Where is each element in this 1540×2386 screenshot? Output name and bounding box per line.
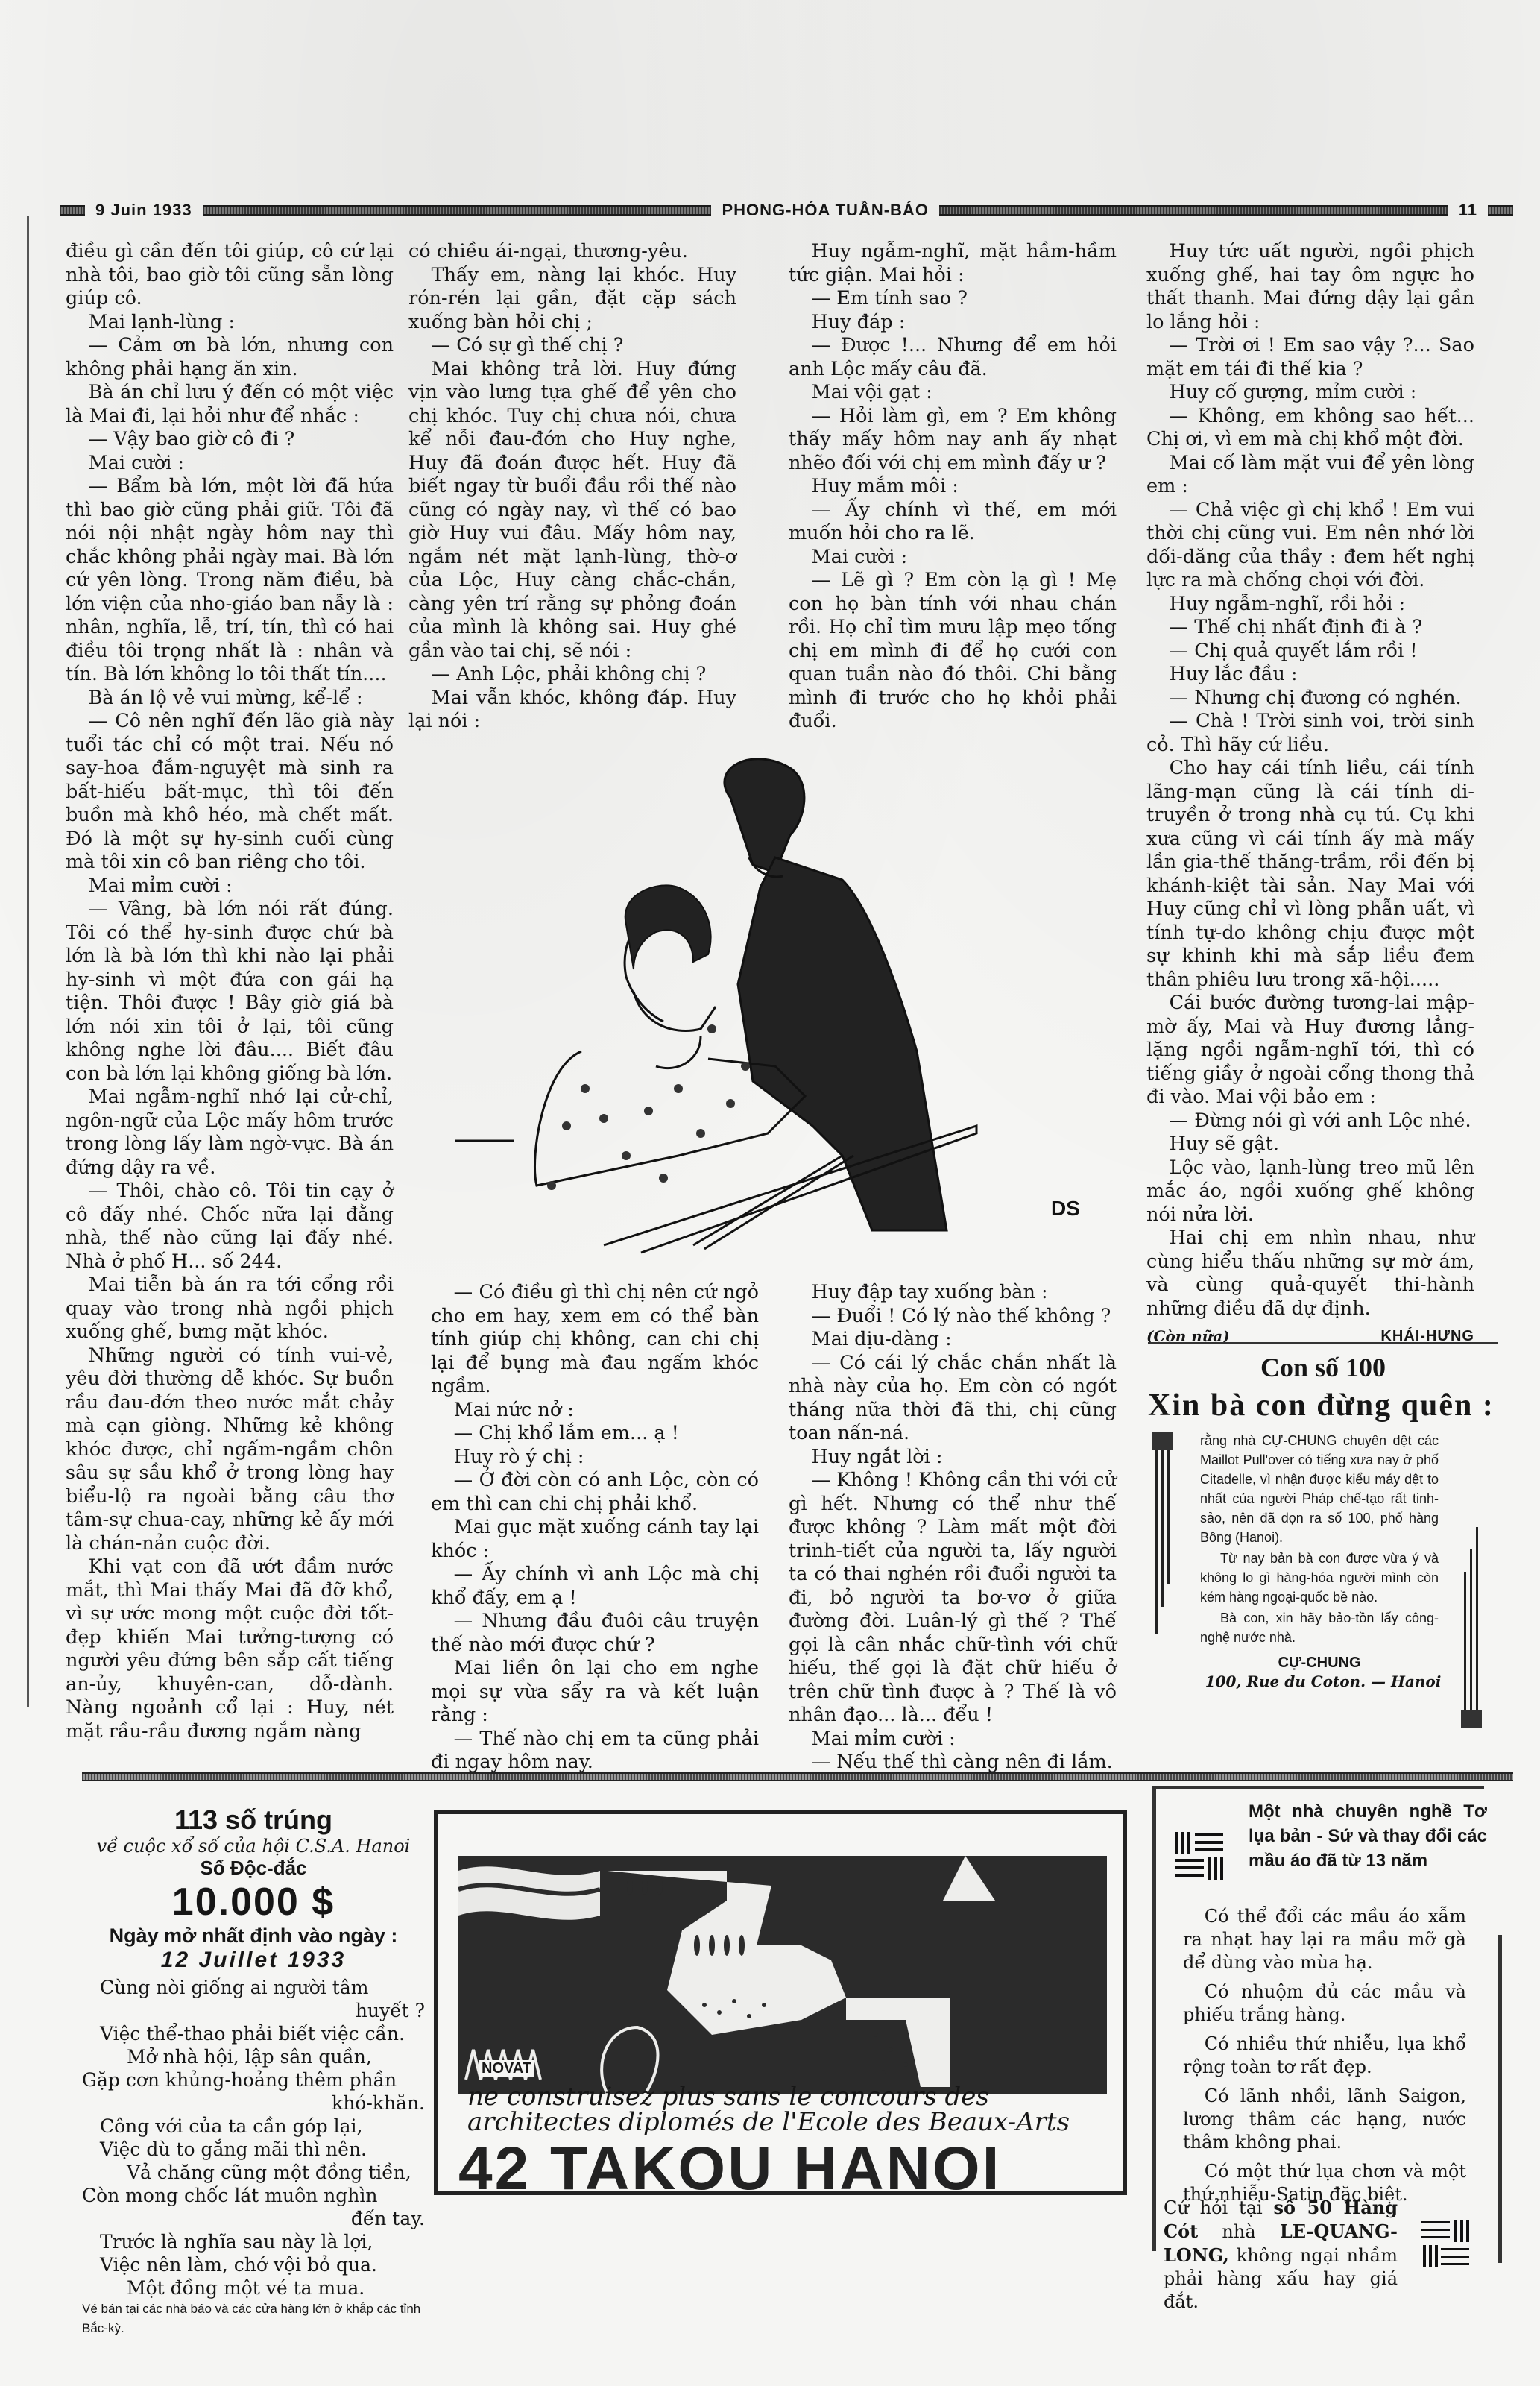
story-paragraph: Mai ngẫm-nghĩ nhớ lại cử-chỉ, ngôn-ngữ c… — [66, 1086, 394, 1180]
story-paragraph: — Bẩm bà lớn, một lời đã hứa thì bao giờ… — [66, 475, 394, 687]
story-paragraph: — Đừng nói gì với anh Lộc nhé. — [1146, 1109, 1474, 1133]
page-number: 11 — [1459, 201, 1477, 220]
poem-line: Trước là nghĩa sau này là lợi, — [82, 2230, 425, 2253]
story-paragraph: Bà án chỉ lưu ý đến có một việc là Mai đ… — [66, 381, 394, 428]
story-paragraph: — Thôi, chào cô. Tôi tin cạy ở cô đấy nh… — [66, 1180, 394, 1274]
story-paragraph: — Không ! Không cần thi với cử gì hết. N… — [789, 1469, 1117, 1728]
issue-date: 9 Juin 1933 — [95, 201, 192, 220]
publication-title: PHONG-HÓA TUẦN-BÁO — [722, 201, 929, 220]
poem-line: Cùng nòi giống ai người tâm — [82, 1976, 425, 1999]
ad-paragraph: rằng nhà CỰ-CHUNG chuyên dệt các Maillot… — [1200, 1431, 1439, 1547]
poem-line: Việc dù to gắng mãi thì nên. — [82, 2138, 425, 2161]
story-paragraph: — Vậy bao giờ cô đi ? — [66, 428, 394, 452]
ad-paragraph: Có thể đổi các mầu áo xẫm ra nhạt hay lạ… — [1183, 1905, 1466, 1974]
silk-cta: Cứ hỏi tại số 50 Hàng Cót nhà LE-QUANG-L… — [1164, 2196, 1398, 2314]
story-paragraph: Mai gục mặt xuống cánh tay lại khóc : — [431, 1516, 759, 1563]
story-column-4: Huy tức uất người, ngồi phịch xuống ghế,… — [1146, 240, 1474, 1349]
story-paragraph: — Chà ! Trời sinh voi, trời sinh cỏ. Thì… — [1146, 710, 1474, 757]
silk-body: Có thể đổi các mầu áo xẫm ra nhạt hay lạ… — [1183, 1905, 1466, 2212]
story-paragraph: Mai cố làm mặt vui để yên lòng em : — [1146, 452, 1474, 499]
story-paragraph: — Lẽ gì ? Em còn lạ gì ! Mẹ con họ bàn t… — [789, 569, 1117, 734]
silk-logo-icon — [1420, 2218, 1472, 2270]
story-paragraph: Huy đập tay xuống bàn : — [789, 1281, 1117, 1305]
poem-line: Công với của ta cần góp lại, — [82, 2115, 425, 2138]
story-paragraph: — Em tính sao ? — [789, 287, 1117, 311]
ad-cu-chung-subhead: Xin bà con đừng quên : — [1148, 1388, 1498, 1423]
story-paragraph: Mai không trả lời. Huy đứng vịn vào lưng… — [408, 358, 736, 664]
lottery-title: 113 số trúng — [82, 1804, 425, 1836]
ad-cu-chung-headline: Con số 100 — [1148, 1352, 1498, 1383]
poem-line: Vả chăng cũng một đồng tiền, — [82, 2161, 425, 2184]
story-paragraph: Huy lắc đầu : — [1146, 663, 1474, 687]
silk-headline: Một nhà chuyên nghề Tơ lụa bản - Sứ và t… — [1249, 1799, 1487, 1873]
story-column-3-top: Huy ngẫm-nghĩ, mặt hầm-hầm tức giận. Mai… — [789, 240, 1117, 734]
cta-text: Cứ hỏi tại — [1164, 2197, 1274, 2218]
story-paragraph: Huy ngẫm-nghĩ, mặt hầm-hầm tức giận. Mai… — [789, 240, 1117, 287]
lottery-footnote: Vé bán tại các nhà báo và các cửa hàng l… — [82, 2300, 425, 2338]
poem-line: Việc nên làm, chớ vội bỏ qua. — [82, 2253, 425, 2276]
story-column-2-bottom: — Có điều gì thì chị nên cứ ngỏ cho em h… — [431, 1281, 759, 1775]
story-paragraph: — Nhưng đầu đuôi câu truyện thế nào mới … — [431, 1610, 759, 1657]
story-paragraph: có chiều ái-ngại, thương-yêu. — [408, 240, 736, 264]
ad-silk: Một nhà chuyên nghề Tơ lụa bản - Sứ và t… — [1152, 1786, 1502, 2278]
story-paragraph: Khi vạt con đã ướt đầm nước mắt, thì Mai… — [66, 1555, 394, 1743]
story-paragraph: — Không, em không sao hết... Chị ơi, vì … — [1146, 405, 1474, 452]
story-paragraph: Thấy em, nàng lại khóc. Huy rón-rén lại … — [408, 264, 736, 335]
poem-line: Gặp cơn khủng-hoảng thêm phần — [82, 2068, 425, 2091]
ad-cu-chung-body: rằng nhà CỰ-CHUNG chuyên dệt các Maillot… — [1200, 1431, 1439, 1672]
story-paragraph: Mai mỉm cười : — [66, 875, 394, 898]
ornament-bars-icon — [1152, 1432, 1173, 1634]
story-paragraph: Mai dịu-dàng : — [789, 1328, 1117, 1352]
story-paragraph: — Có điều gì thì chị nên cứ ngỏ cho em h… — [431, 1281, 759, 1399]
artist-signature: NOVAT — [479, 2060, 534, 2077]
ornament-bars-icon — [1461, 1527, 1482, 1728]
story-paragraph: — Cô nên nghĩ đến lão già này tuổi tác c… — [66, 710, 394, 875]
poem-line: Còn mong chốc lát muôn nghìn — [82, 2184, 425, 2207]
story-paragraph: — Chả việc gì chị khổ ! Em vui thời chị … — [1146, 499, 1474, 593]
section-divider — [82, 1772, 1513, 1781]
page-header: 9 Juin 1933 PHONG-HÓA TUẦN-BÁO 11 — [60, 200, 1513, 221]
story-paragraph: — Ấy chính vì thế, em mới muốn hỏi cho r… — [789, 499, 1117, 546]
poem-line: đến tay. — [82, 2207, 425, 2230]
story-paragraph: — Nếu thế thì càng nên đi lắm. — [789, 1751, 1117, 1775]
woodcut-landscape-illustration — [458, 1841, 1107, 2109]
illustration-signature: DS — [1051, 1197, 1080, 1220]
tagline-line-2: architectes diplomés de l'Ecole des Beau… — [467, 2109, 1101, 2135]
story-paragraph: — Cảm ơn bà lớn, nhưng con không phải hạ… — [66, 334, 394, 381]
story-paragraph: — Có cái lý chắc chắn nhất là nhà này củ… — [789, 1352, 1117, 1446]
story-paragraph: Mai tiễn bà án ra tới cổng rồi quay vào … — [66, 1274, 394, 1344]
story-paragraph: Những người có tính vui-vẻ, yêu đời thườ… — [66, 1344, 394, 1556]
story-paragraph: Huy tức uất người, ngồi phịch xuống ghế,… — [1146, 240, 1474, 334]
ad-cu-chung: Con số 100 Xin bà con đừng quên : rằng n… — [1148, 1342, 1498, 1690]
story-paragraph: Mai vẫn khóc, không đáp. Huy lại nói : — [408, 687, 736, 734]
ad-paragraph: Có nhiều thứ nhiễu, lụa khổ rộng toàn tơ… — [1183, 2033, 1466, 2079]
architect-address: 42 TAKOU HANOI — [458, 2139, 1107, 2199]
story-paragraph: Huy ngẫm-nghĩ, rồi hỏi : — [1146, 593, 1474, 617]
story-paragraph: Huy cố gượng, mỉm cười : — [1146, 381, 1474, 405]
header-rule — [939, 205, 1448, 216]
tagline-line-1: ne construisez plus sans le concours des — [467, 2084, 1101, 2109]
story-paragraph: Mai vội gạt : — [789, 381, 1117, 405]
story-paragraph: — Đuổi ! Có lý nào thế không ? — [789, 1305, 1117, 1329]
story-paragraph: Mai lạnh-lùng : — [66, 311, 394, 335]
story-paragraph: Huy đáp : — [789, 311, 1117, 335]
story-paragraph: — Có sự gì thế chị ? — [408, 334, 736, 358]
story-paragraph: — Chị khổ lắm em... ạ ! — [431, 1422, 759, 1446]
story-paragraph: Huy ngắt lời : — [789, 1446, 1117, 1470]
ad-paragraph: Có nhuộm đủ các mầu và phiếu trắng hàng. — [1183, 1980, 1466, 2027]
story-paragraph: Cho hay cái tính liều, cái tính lãng-mạn… — [1146, 757, 1474, 992]
story-paragraph: Mai cười : — [66, 452, 394, 476]
story-column-3-bottom: Huy đập tay xuống bàn :— Đuổi ! Có lý nà… — [789, 1281, 1117, 1775]
ad-frame — [1490, 1935, 1502, 2263]
story-paragraph: — Được !... Nhưng để em hỏi anh Lộc mấy … — [789, 334, 1117, 381]
story-paragraph: — Nhưng chị đương có nghén. — [1146, 687, 1474, 711]
story-column-2-top: có chiều ái-ngại, thương-yêu.Thấy em, nà… — [408, 240, 736, 734]
story-column-4-body: Huy tức uất người, ngồi phịch xuống ghế,… — [1146, 240, 1474, 1321]
story-paragraph: Lộc vào, lạnh-lùng treo mũ lên mắc áo, n… — [1146, 1156, 1474, 1227]
header-rule — [1488, 205, 1513, 216]
story-paragraph: — Anh Lộc, phải không chị ? — [408, 663, 736, 687]
poem-line: Mở nhà hội, lập sân quần, — [82, 2045, 425, 2068]
lottery-jackpot-label: Số Độc-đắc — [82, 1857, 425, 1880]
ad-lottery: 113 số trúng về cuộc xổ số của hội C.S.A… — [82, 1804, 425, 2338]
ad-paragraph: Bà con, xin hãy bảo-tồn lấy công-nghệ nư… — [1200, 1608, 1439, 1647]
story-paragraph: Huy mắm môi : — [789, 475, 1117, 499]
story-paragraph: — Thế chị nhất định đi à ? — [1146, 616, 1474, 640]
story-paragraph: Mai nức nở : — [431, 1399, 759, 1423]
ad-paragraph: Có lãnh nhồi, lãnh Saigon, lương thâm cá… — [1183, 2085, 1466, 2154]
story-paragraph: — Ở đời còn có anh Lộc, còn có em thì ca… — [431, 1469, 759, 1516]
header-rule — [203, 205, 712, 216]
poem-line: Một đồng một vé ta mua. — [82, 2276, 425, 2300]
lottery-poem: Cùng nòi giống ai người tâmhuyết ?Việc t… — [82, 1976, 425, 2300]
story-paragraph: Cái bước đường tương-lai mập-mờ ấy, Mai … — [1146, 992, 1474, 1109]
story-paragraph: — Ấy chính vì anh Lộc mà chị khổ đấy, em… — [431, 1563, 759, 1610]
architect-tagline: ne construisez plus sans le concours des… — [467, 2084, 1101, 2135]
ad-firm-name: CỰ-CHUNG — [1200, 1653, 1439, 1672]
poem-line: huyết ? — [82, 1999, 425, 2022]
story-paragraph: — Trời ơi ! Em sao vậy ?... Sao mặt em t… — [1146, 334, 1474, 381]
story-illustration: DS — [455, 738, 1096, 1260]
poem-line: khó-khăn. — [82, 2091, 425, 2115]
lottery-draw-label: Ngày mở nhất định vào ngày : — [82, 1924, 425, 1948]
story-paragraph: Bà án lộ vẻ vui mừng, kể-lể : — [66, 687, 394, 711]
story-paragraph: Mai cười : — [789, 546, 1117, 570]
lottery-draw-date: 12 Juillet 1933 — [82, 1948, 425, 1973]
header-rule — [60, 205, 85, 216]
silk-logo-icon — [1174, 1831, 1226, 1883]
story-paragraph: điều gì cần đến tôi giúp, cô cứ lại nhà … — [66, 240, 394, 311]
newspaper-page: 9 Juin 1933 PHONG-HÓA TUẦN-BÁO 11 điều g… — [0, 0, 1540, 2386]
story-paragraph: — Chị quả quyết lắm rồi ! — [1146, 640, 1474, 664]
poem-line: Việc thể-thao phải biết việc cần. — [82, 2022, 425, 2045]
story-paragraph: — Hỏi làm gì, em ? Em không thấy mấy hôm… — [789, 405, 1117, 476]
story-paragraph: Mai mỉm cười : — [789, 1728, 1117, 1751]
story-paragraph: — Vâng, bà lớn nói rất đúng. Tôi có thể … — [66, 898, 394, 1086]
margin-rule — [27, 216, 29, 1707]
story-paragraph: Mai liền ôn lại cho em nghe mọi sự vừa s… — [431, 1657, 759, 1728]
story-column-1: điều gì cần đến tôi giúp, cô cứ lại nhà … — [66, 240, 394, 1743]
cta-text: nhà — [1198, 2221, 1280, 2242]
lottery-subtitle: về cuộc xổ số của hội C.S.A. Hanoi — [82, 1836, 425, 1857]
ad-paragraph: Từ nay bản bà con được vừa ý và không lo… — [1200, 1549, 1439, 1607]
story-paragraph: — Thế nào chị em ta cũng phải đi ngay hô… — [431, 1728, 759, 1775]
story-paragraph: Huy rò ý chị : — [431, 1446, 759, 1470]
ad-architect: NOVAT ne construisez plus sans le concou… — [434, 1810, 1127, 2195]
story-paragraph: Huy sẽ gật. — [1146, 1133, 1474, 1156]
ad-firm-address: 100, Rue du Coton. — Hanoi — [1148, 1672, 1498, 1690]
lottery-jackpot-amount: 10.000 $ — [82, 1880, 425, 1924]
story-paragraph: Hai chị em nhìn nhau, như cùng hiểu thấu… — [1146, 1227, 1474, 1321]
